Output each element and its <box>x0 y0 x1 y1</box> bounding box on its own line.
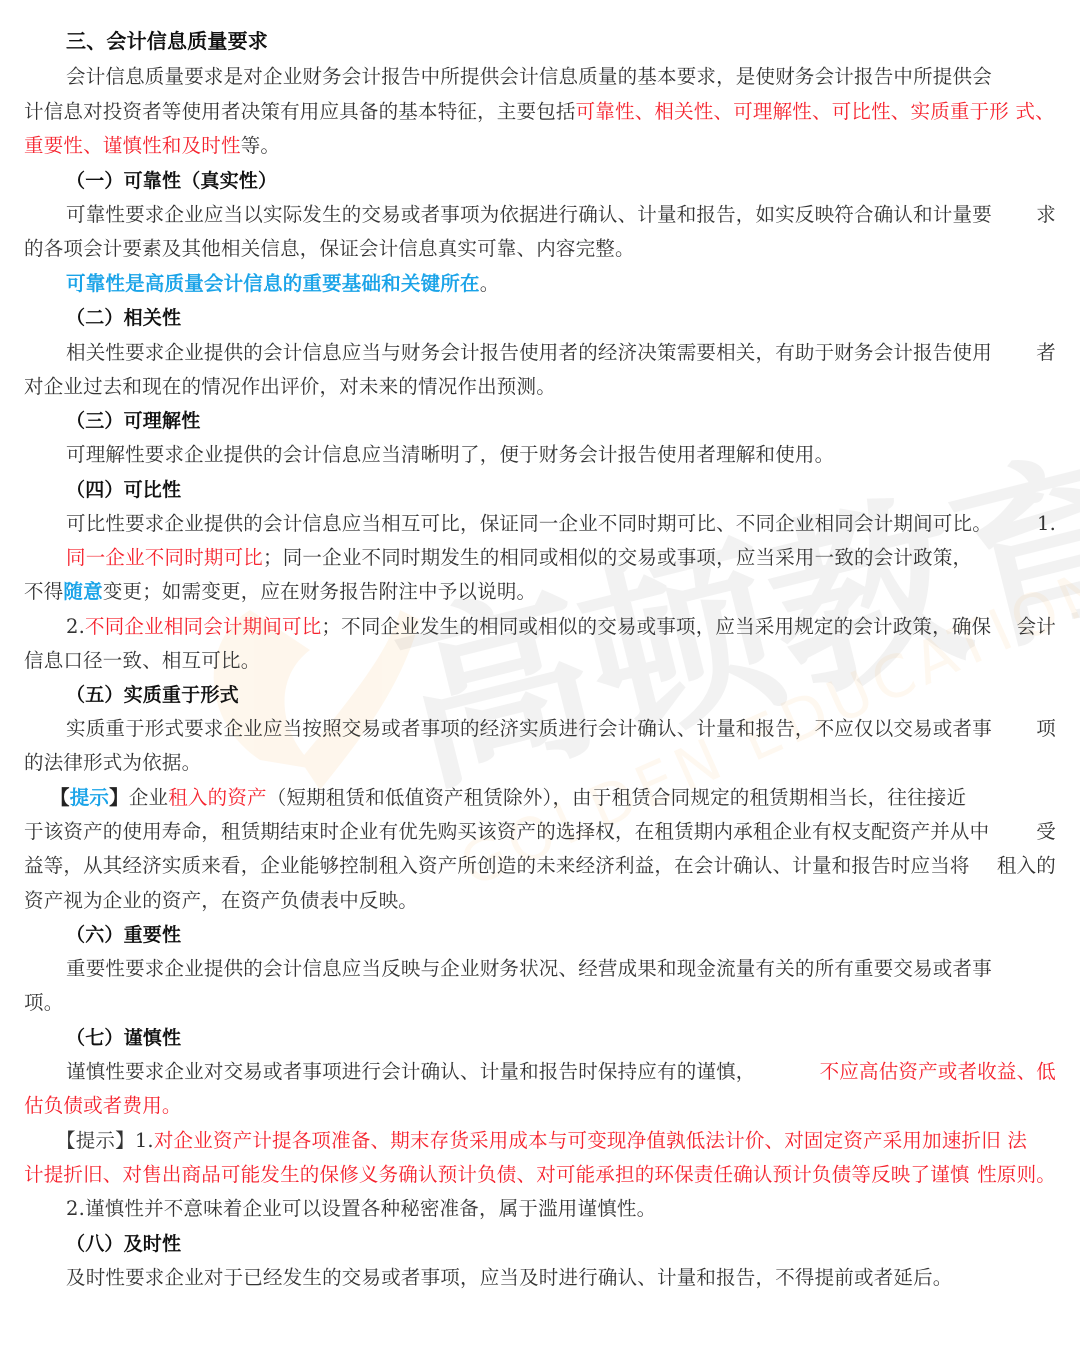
highlight-red: 对企业资产计提各项准备、期末存货采用成本与可变现净值孰低法计价、对固定资产采用加… <box>154 1129 1027 1152</box>
intro-line-2: 计信息对投资者等使用者决策有用应具备的基本特征，主要包括可靠性、相关性、可理解性… <box>24 95 1056 129</box>
s1-line-1: 可靠性要求企业应当以实际发生的交易或者事项为依据进行确认、计量和报告，如实反映符… <box>66 198 1056 232</box>
s5-line-2: 的法律形式为依据。 <box>24 746 1056 780</box>
highlight-red: 不同企业相同会计期间可比 <box>85 615 321 638</box>
body-text: 者 <box>1036 336 1056 370</box>
section-heading-comparability: （四）可比性 <box>66 473 1080 507</box>
s6-line-2: 项。 <box>24 986 1056 1020</box>
body-text: 会计 <box>1017 610 1056 644</box>
body-text: ；不同企业发生的相同或相似的交易或事项，应当采用规定的会计政策，确保 <box>321 615 991 638</box>
body-text: 受 <box>1036 815 1056 849</box>
s4-line-2: 同一企业不同时期可比；同一企业不同时期发生的相同或相似的交易或事项，应当采用一致… <box>66 541 1056 575</box>
highlight-red: 同一企业不同时期可比 <box>66 546 263 569</box>
body-text: 相关性要求企业提供的会计信息应当与财务会计报告使用者的经济决策需要相关，有助于财… <box>66 336 992 370</box>
body-text: ；同一企业不同时期发生的相同或相似的交易或事项，应当采用一致的会计政策， <box>263 546 972 569</box>
s7-line-5: 2.谨慎性并不意味着企业可以设置各种秘密准备，属于滥用谨慎性。 <box>66 1192 1056 1226</box>
s1-line-2: 的各项会计要素及其他相关信息，保证会计信息真实可靠、内容完整。 <box>24 232 1056 266</box>
highlight-red: 不应高估资产或者收益、低 <box>820 1055 1056 1089</box>
section-heading-relevance: （二）相关性 <box>66 301 1080 335</box>
s2-line-1: 相关性要求企业提供的会计信息应当与财务会计报告使用者的经济决策需要相关，有助于财… <box>66 336 1056 370</box>
body-text: 不得 <box>24 580 63 603</box>
s7-line-4: 计提折旧、对售出商品可能发生的保修义务确认预计负债、对可能承担的环保责任确认预计… <box>24 1158 1056 1192</box>
intro-line-1: 会计信息质量要求是对企业财务会计报告中所提供会计信息质量的基本要求，是使财务会计… <box>66 60 1056 94</box>
s3-line-1: 可理解性要求企业提供的会计信息应当清晰明了，便于财务会计报告使用者理解和使用。 <box>66 438 1056 472</box>
list-number: 1. <box>1037 507 1056 541</box>
highlight-red: 可靠性、相关性、可理解性、可比性、实质重于形 式、 <box>576 100 1055 123</box>
s1-line-3: 可靠性是高质量会计信息的重要基础和关键所在。 <box>66 267 1056 301</box>
s4-line-5: 信息口径一致、相互可比。 <box>24 644 1056 678</box>
s5-line-4: 于该资产的使用寿命，租赁期结束时企业有优先购买该资产的选择权，在租赁期内承租企业… <box>24 815 1056 849</box>
body-text: 。 <box>480 272 500 295</box>
s4-line-1: 可比性要求企业提供的会计信息应当相互可比，保证同一企业不同时期可比、不同企业相同… <box>66 507 1056 541</box>
body-text: 于该资产的使用寿命，租赁期结束时企业有优先购买该资产的选择权，在租赁期内承租企业… <box>24 815 989 849</box>
intro-text: 计信息对投资者等使用者决策有用应具备的基本特征，主要包括 <box>24 100 576 123</box>
section-heading-prudence: （七）谨慎性 <box>66 1021 1080 1055</box>
body-text: 谨慎性要求企业对交易或者事项进行会计确认、计量和报告时保持应有的谨慎， <box>66 1055 756 1089</box>
body-text: 企业 <box>129 786 168 809</box>
body-text: 项 <box>1036 712 1056 746</box>
section-heading-substance-over-form: （五）实质重于形式 <box>66 678 1080 712</box>
s4-line-4: 2.不同企业相同会计期间可比；不同企业发生的相同或相似的交易或事项，应当采用规定… <box>66 610 1056 644</box>
highlight-red: 性原则。 <box>977 1158 1056 1192</box>
body-text: 实质重于形式要求企业应当按照交易或者事项的经济实质进行会计确认、计量和报告，不应… <box>66 712 992 746</box>
intro-line-3: 重要性、谨慎性和及时性等。 <box>24 129 1056 163</box>
highlight-red: 估负债或者费用。 <box>24 1094 182 1117</box>
s6-line-1: 重要性要求企业提供的会计信息应当反映与企业财务状况、经营成果和现金流量有关的所有… <box>66 952 1056 986</box>
section-heading-timeliness: （八）及时性 <box>66 1227 1080 1261</box>
highlight-blue: 随意 <box>63 580 102 603</box>
s7-line-2: 估负债或者费用。 <box>24 1089 1056 1123</box>
highlight-blue: 可靠性是高质量会计信息的重要基础和关键所在 <box>66 272 480 295</box>
section-heading-materiality: （六）重要性 <box>66 918 1080 952</box>
s5-line-5: 益等，从其经济实质来看，企业能够控制租入资产所创造的未来经济利益，在会计确认、计… <box>24 849 1056 883</box>
highlight-red: 计提折旧、对售出商品可能发生的保修义务确认预计负债、对可能承担的环保责任确认预计… <box>24 1158 970 1192</box>
section-heading-understandability: （三）可理解性 <box>66 404 1080 438</box>
list-number: 2. <box>66 615 85 638</box>
s2-line-2: 对企业过去和现在的情况作出评价，对未来的情况作出预测。 <box>24 370 1056 404</box>
highlight-red: 重要性、谨慎性和及时性 <box>24 134 241 157</box>
body-text: 可靠性要求企业应当以实际发生的交易或者事项为依据进行确认、计量和报告，如实反映符… <box>66 198 992 232</box>
section-heading-reliability: （一）可靠性（真实性） <box>66 164 1080 198</box>
body-text: 求 <box>1036 198 1056 232</box>
tip-bracket: 】 <box>109 786 129 809</box>
list-number: 1. <box>135 1129 154 1152</box>
document-body: 三、会计信息质量要求 会计信息质量要求是对企业财务会计报告中所提供会计信息质量的… <box>0 0 1080 22</box>
tip-bracket: 【 <box>50 786 70 809</box>
body-text: 租入的 <box>997 849 1056 883</box>
s8-line-1: 及时性要求企业对于已经发生的交易或者事项，应当及时进行确认、计量和报告，不得提前… <box>66 1261 1056 1295</box>
s5-tip-line: 【提示】企业租入的资产（短期租赁和低值资产租赁除外），由于租赁合同规定的租赁期相… <box>50 781 1056 815</box>
page-title: 三、会计信息质量要求 <box>66 24 1080 58</box>
tip-label: 提示 <box>70 786 109 809</box>
s5-line-6: 资产视为企业的资产，在资产负债表中反映。 <box>24 884 1056 918</box>
intro-text: 等。 <box>241 134 280 157</box>
s7-line-1: 谨慎性要求企业对交易或者事项进行会计确认、计量和报告时保持应有的谨慎，不应高估资… <box>66 1055 1056 1089</box>
s5-line-1: 实质重于形式要求企业应当按照交易或者事项的经济实质进行会计确认、计量和报告，不应… <box>66 712 1056 746</box>
body-text: 可比性要求企业提供的会计信息应当相互可比，保证同一企业不同时期可比、不同企业相同… <box>66 507 992 541</box>
s4-line-3: 不得随意变更；如需变更，应在财务报告附注中予以说明。 <box>24 575 1056 609</box>
body-text: 变更；如需变更，应在财务报告附注中予以说明。 <box>103 580 536 603</box>
highlight-red: 租入的资产 <box>168 786 267 809</box>
body-text: （短期租赁和低值资产租赁除外），由于租赁合同规定的租赁期相当长，往往接近 <box>267 786 966 809</box>
tip-label: 【提示】 <box>56 1129 135 1152</box>
s7-tip-line: 【提示】1.对企业资产计提各项准备、期末存货采用成本与可变现净值孰低法计价、对固… <box>56 1124 1056 1158</box>
intro-text: 会计信息质量要求是对企业财务会计报告中所提供会计信息质量的基本要求，是使财务会计… <box>66 65 992 88</box>
body-text: 益等，从其经济实质来看，企业能够控制租入资产所创造的未来经济利益，在会计确认、计… <box>24 849 970 883</box>
